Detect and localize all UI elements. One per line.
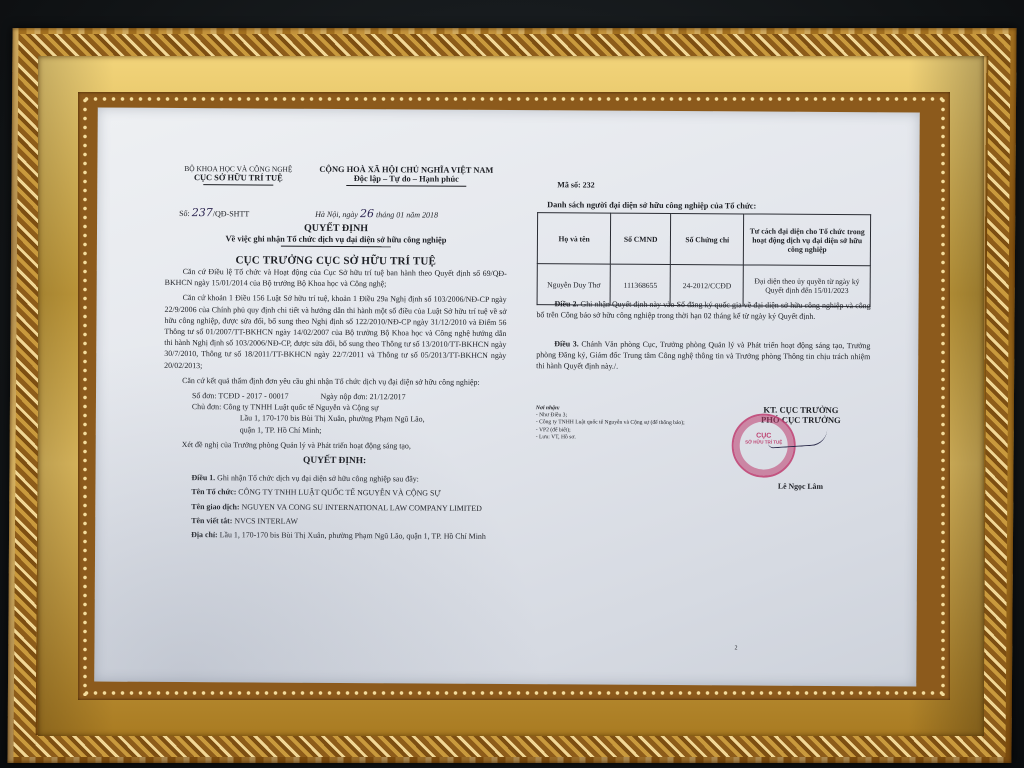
registration-code: Mã số: 232 bbox=[557, 180, 594, 189]
issuer-block: BỘ KHOA HỌC VÀ CÔNG NGHỆ CỤC SỞ HỮU TRÍ … bbox=[173, 164, 303, 186]
recipients-block: Nơi nhận: - Như Điều 3; - Công ty TNHH L… bbox=[536, 405, 696, 442]
short-name-label: Tên viết tắt: bbox=[191, 516, 232, 525]
document-paper: BỘ KHOA HỌC VÀ CÔNG NGHỆ CỤC SỞ HỮU TRÍ … bbox=[94, 107, 919, 686]
application-number: Số đơn: TCĐD - 2017 - 00017 bbox=[192, 390, 289, 402]
decision-body: Căn cứ Điều lệ Tổ chức và Hoạt động của … bbox=[163, 266, 507, 545]
bead-trim-bottom bbox=[82, 690, 946, 696]
page-number: 2 bbox=[734, 645, 737, 651]
article-1-label: Điều 1. bbox=[191, 473, 215, 482]
document-meta: Số: 237/QĐ-SHTT Hà Nội, ngày 26 tháng 01… bbox=[165, 206, 507, 208]
department-name: CỤC SỞ HỮU TRÍ TUỆ bbox=[173, 173, 303, 183]
divider bbox=[346, 185, 466, 187]
article-3-label: Điều 3. bbox=[554, 339, 578, 348]
recipient-item: - Lưu: VT, Hồ sơ. bbox=[536, 434, 696, 442]
decision-subtitle: Về việc ghi nhận Tổ chức dịch vụ đại diệ… bbox=[165, 234, 507, 245]
col-header-certificate: Số Chứng chỉ bbox=[670, 213, 744, 264]
decision-title: QUYẾT ĐỊNH bbox=[165, 222, 507, 235]
article-2-label: Điều 2. bbox=[555, 299, 579, 308]
col-header-id: Số CMND bbox=[611, 213, 671, 264]
trade-name-value: NGUYEN VA CONG SU INTERNATIONAL LAW COMP… bbox=[242, 502, 482, 512]
place-date: Hà Nội, ngày 26 tháng 01 năm 2018 bbox=[315, 207, 438, 221]
representatives-table: Họ và tên Số CMND Số Chứng chỉ Tư cách đ… bbox=[537, 212, 872, 307]
address-value: Lầu 1, 170-170 bis Bùi Thị Xuân, phường … bbox=[220, 530, 486, 541]
handwritten-day: 26 bbox=[360, 207, 374, 220]
col-header-name: Họ và tên bbox=[537, 213, 611, 264]
org-name-value: CÔNG TY TNHH LUẬT QUỐC TẾ NGUYỄN VÀ CỘNG… bbox=[238, 488, 440, 498]
trade-name: Tên giao dịch: NGUYEN VA CONG SU INTERNA… bbox=[163, 501, 505, 514]
article-1: Điều 1. Ghi nhận Tổ chức dịch vụ đại diệ… bbox=[163, 472, 505, 485]
decision-page-1: BỘ KHOA HỌC VÀ CÔNG NGHỆ CỤC SỞ HỮU TRÍ … bbox=[162, 108, 507, 684]
ministry-name: BỘ KHOA HỌC VÀ CÔNG NGHỆ bbox=[173, 164, 303, 174]
document-header: BỘ KHOA HỌC VÀ CÔNG NGHỆ CỤC SỞ HỮU TRÍ … bbox=[165, 164, 507, 166]
article-2: Điều 2. Ghi nhận Quyết định này vào Sổ đ… bbox=[536, 298, 870, 322]
applicant-address-2: quận 1, TP. Hồ Chí Minh; bbox=[164, 424, 506, 437]
article-2-text: Ghi nhận Quyết định này vào Sổ đăng ký q… bbox=[536, 299, 870, 321]
bead-trim-left bbox=[82, 96, 88, 696]
col-header-capacity: Tư cách đại diện cho Tổ chức trong hoạt … bbox=[744, 214, 871, 266]
legal-basis-2: Căn cứ khoản 1 Điều 156 Luật Sở hữu trí … bbox=[164, 292, 506, 373]
short-name: Tên viết tắt: NVCS INTERLAW bbox=[163, 515, 505, 528]
address-label: Địa chỉ: bbox=[191, 530, 218, 539]
divider bbox=[281, 246, 391, 248]
article-3: Điều 3. Chánh Văn phòng Cục, Trưởng phòn… bbox=[536, 338, 870, 374]
filing-date: Ngày nộp đơn: 21/12/2017 bbox=[320, 391, 405, 403]
short-name-value: NVCS INTERLAW bbox=[234, 516, 298, 525]
place-date-prefix: Hà Nội, ngày bbox=[315, 210, 358, 219]
bead-trim-top bbox=[82, 96, 946, 102]
proposal: Xét đề nghị của Trưởng phòng Quản lý và … bbox=[164, 439, 506, 452]
org-name-label: Tên Tổ chức: bbox=[191, 488, 236, 497]
legal-basis-1: Căn cứ Điều lệ Tổ chức và Hoạt động của … bbox=[165, 266, 507, 290]
legal-basis-3: Căn cứ kết quả thẩm định đơn yêu cầu ghi… bbox=[164, 375, 506, 388]
article-1-text: Ghi nhận Tổ chức dịch vụ đại diện sở hữu… bbox=[217, 473, 419, 483]
signature-icon bbox=[767, 428, 828, 449]
trade-name-label: Tên giao dịch: bbox=[191, 502, 239, 511]
representatives-list-title: Danh sách người đại diện sở hữu công ngh… bbox=[547, 200, 756, 210]
number-label: Số: bbox=[179, 209, 190, 218]
org-name: Tên Tổ chức: CÔNG TY TNHH LUẬT QUỐC TẾ N… bbox=[163, 486, 505, 499]
org-address: Địa chỉ: Lầu 1, 170-170 bis Bùi Thị Xuân… bbox=[163, 529, 505, 542]
national-motto: Độc lập – Tự do – Hạnh phúc bbox=[305, 174, 507, 184]
place-date-suffix: tháng 01 năm 2018 bbox=[376, 210, 438, 219]
handwritten-number: 237 bbox=[192, 206, 213, 219]
decision-title-block: QUYẾT ĐỊNH Về việc ghi nhận Tổ chức dịch… bbox=[165, 222, 507, 268]
national-header: CỘNG HOÀ XÃ HỘI CHỦ NGHĨA VIỆT NAM Độc l… bbox=[305, 165, 507, 187]
signer-name: Lê Ngọc Lâm bbox=[725, 481, 875, 491]
divider bbox=[203, 184, 273, 185]
document-number: Số: 237/QĐ-SHTT bbox=[179, 206, 249, 219]
article-3-text: Chánh Văn phòng Cục, Trưởng phòng Quản l… bbox=[536, 339, 870, 371]
bead-trim-right bbox=[940, 96, 946, 696]
table-header-row: Họ và tên Số CMND Số Chứng chỉ Tư cách đ… bbox=[537, 213, 870, 266]
number-suffix: /QĐ-SHTT bbox=[213, 209, 250, 218]
decision-page-2: Mã số: 232 Danh sách người đại diện sở h… bbox=[534, 110, 878, 686]
decision-heading: QUYẾT ĐỊNH: bbox=[164, 455, 506, 468]
